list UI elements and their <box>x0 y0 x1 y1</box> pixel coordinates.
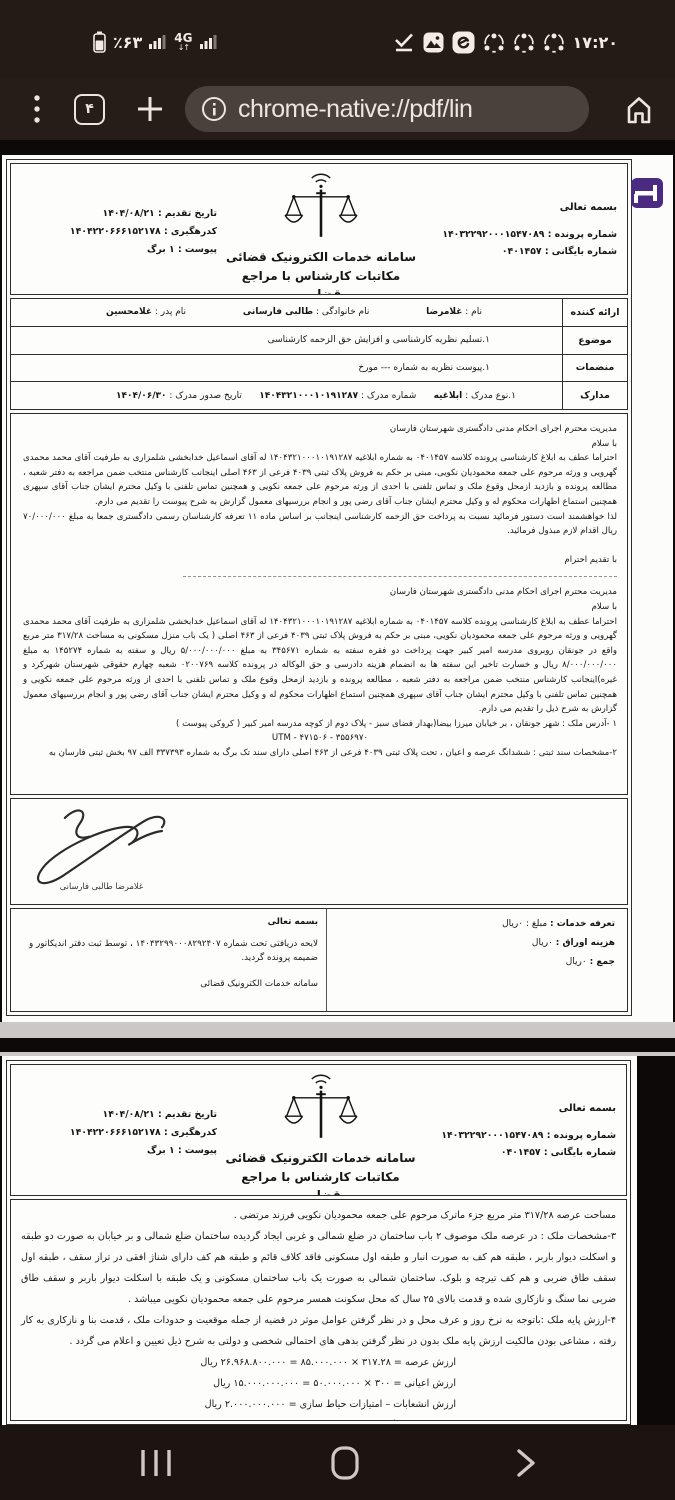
row-label: موضوع <box>562 327 627 354</box>
submit-date: تاریخ تقدیم : ۱۴۰۴/۰۸/۲۱ <box>11 1109 217 1120</box>
fee-line: جمع : ۰ریال <box>327 957 615 967</box>
plus-icon <box>135 94 165 124</box>
letterhead-center: سامانه خدمات الکترونیک قضائی مکاتبات کار… <box>223 164 419 294</box>
letterhead-left: تاریخ تقدیم : ۱۴۰۴/۰۸/۲۱ کدرهگیری : ۱۴۰۴… <box>11 1065 223 1195</box>
valuation-line: ارزش اعیانی = ۳۰۰ × ۵۰.۰۰۰.۰۰۰ = ۱۵.۰۰۰.… <box>21 1373 456 1394</box>
clock: ۱۷:۲۰ <box>573 33 618 52</box>
gallery-icon <box>423 32 444 53</box>
table-row: ارائه کننده نام : غلامرضا نام خانوادگی :… <box>11 299 627 327</box>
registration-column: بسمه تعالی لایحه دریافتی تحت شماره ۱۴۰۴۳… <box>11 909 327 1011</box>
org-name: سامانه خدمات الکترونیک قضائی <box>223 248 419 267</box>
new-tab-button[interactable] <box>135 94 165 124</box>
page-gap-shadow <box>0 1038 675 1052</box>
row-content: ۱.پیوست نظریه به شماره --- مورخ <box>11 363 562 373</box>
eitaa-icon <box>452 31 475 54</box>
row-content: نام : غلامرضا نام خانوادگی : طالبی فارسا… <box>11 307 562 317</box>
justice-scales-logo <box>282 168 360 248</box>
salutation: با سلام <box>23 437 617 452</box>
download-check-icon <box>393 32 415 52</box>
signature-section: غلامرضا طالبی فارسانی <box>10 798 628 905</box>
archive-number: شماره بایگانی : ۰۴۰۱۴۵۷ <box>419 246 617 257</box>
signal-icon <box>200 34 218 50</box>
status-right-cluster: ۱۷:۲۰ <box>393 31 618 54</box>
archive-number: شماره بایگانی : ۰۴۰۱۴۵۷ <box>418 1147 616 1158</box>
justice-scales-logo <box>282 1069 360 1149</box>
report-body: مساحت عرصه ۳۱۷/۲۸ متر مربع جزء ماترک مرح… <box>10 1199 627 1421</box>
case-info-table: ارائه کننده نام : غلامرضا نام خانوادگی :… <box>10 298 628 410</box>
4g-icon: 4G↓↑ <box>174 32 192 52</box>
back-button[interactable] <box>515 1447 537 1479</box>
case-number: شماره پرونده : ۱۴۰۳۲۲۹۲۰۰۰۱۵۴۷۰۸۹ <box>418 1130 616 1141</box>
row-label: مدارک <box>562 382 627 409</box>
share-icon <box>543 32 565 53</box>
signature-block: غلامرضا طالبی فارسانی <box>19 803 184 891</box>
deed-details: ۲-مشخصات سند ثبتی : ششدانگ عرصه و اعیان … <box>23 746 617 761</box>
status-bar: ٪۶۳ 4G↓↑ <box>0 0 675 78</box>
recents-icon <box>138 1448 174 1478</box>
fee-line: تعرفه خدمات : مبلغ : ۰ریال <box>327 919 615 929</box>
home-nav-button[interactable] <box>330 1445 360 1481</box>
report-line: مساحت عرصه ۳۱۷/۲۸ متر مربع جزء ماترک مرح… <box>21 1205 616 1226</box>
home-icon <box>623 93 655 125</box>
submit-date: تاریخ تقدیم : ۱۴۰۴/۰۸/۲۱ <box>11 208 217 219</box>
receipt-note: لایحه دریافتی تحت شماره ۱۴۰۴۳۲۹۹۰۰۰۸۲۹۲۴… <box>21 937 318 965</box>
letterhead: بسمه تعالی شماره پرونده : ۱۴۰۳۲۲۹۲۰۰۰۱۵۴… <box>10 163 628 295</box>
letterhead-center: سامانه خدمات الکترونیک قضائی مکاتبات کار… <box>223 1065 418 1195</box>
letterhead-left: تاریخ تقدیم : ۱۴۰۴/۰۸/۲۱ کدرهگیری : ۱۴۰۴… <box>11 164 223 294</box>
share-icon <box>483 32 505 53</box>
pdf-page-2: بسمه تعالی شماره پرونده : ۱۴۰۳۲۲۹۲۰۰۰۱۵۴… <box>2 1056 637 1425</box>
share-icon <box>513 32 535 53</box>
tab-count: ۴ <box>85 101 94 117</box>
tracking-code: کدرهگیری : ۱۴۰۴۲۲۰۶۶۶۱۵۲۱۷۸ <box>11 226 217 237</box>
home-pill-icon <box>330 1445 360 1481</box>
recents-button[interactable] <box>138 1448 174 1478</box>
attachment-count: پیوست : ۱ برگ <box>11 1145 217 1156</box>
bismillah: بسمه تعالی <box>419 202 617 213</box>
tab-switcher-button[interactable]: ۴ <box>74 94 105 125</box>
letter-paragraph: لذا خواهشمند است دستور فرمائید نسبت به پ… <box>23 510 617 539</box>
page-gap <box>0 1022 675 1038</box>
menu-button[interactable] <box>24 89 50 129</box>
letterhead-right: بسمه تعالی شماره پرونده : ۱۴۰۳۲۲۹۲۰۰۰۱۵۴… <box>418 1065 626 1195</box>
letterhead-right: بسمه تعالی شماره پرونده : ۱۴۰۳۲۲۹۲۰۰۰۱۵۴… <box>419 164 627 294</box>
floating-app-bubble[interactable] <box>631 178 663 208</box>
table-row: منضمات ۱.پیوست نظریه به شماره --- مورخ <box>11 355 627 383</box>
tracking-code: کدرهگیری : ۱۴۰۴۲۲۰۶۶۶۱۵۲۱۷۸ <box>11 1127 217 1138</box>
org-subtitle: مکاتبات کارشناس با مراجع قضایی <box>223 267 419 295</box>
row-content: ۱.تسلیم نظریه کارشناسی و افزایش حق الزحم… <box>11 335 562 345</box>
org-subtitle: مکاتبات کارشناس با مراجع قضایی <box>223 1168 418 1196</box>
bismillah: بسمه تعالی <box>21 915 318 929</box>
salutation: با سلام <box>23 600 617 615</box>
table-row: موضوع ۱.تسلیم نظریه کارشناسی و افزایش حق… <box>11 327 627 355</box>
fees-footer: تعرفه خدمات : مبلغ : ۰ریال هزینه اوراق :… <box>10 908 628 1012</box>
row-label: ارائه کننده <box>562 299 627 326</box>
table-row: مدارک ۱.نوع مدرک : ابلاغیه شماره مدرک : … <box>11 382 627 409</box>
fees-column: تعرفه خدمات : مبلغ : ۰ریال هزینه اوراق :… <box>327 909 627 1011</box>
row-content: ۱.نوع مدرک : ابلاغیه شماره مدرک : ۱۴۰۴۳۲… <box>11 391 562 401</box>
system-name: سامانه خدمات الکترونیک قضائی <box>21 977 318 991</box>
attachment-count: پیوست : ۱ برگ <box>11 244 217 255</box>
section-divider <box>183 576 617 577</box>
report-paragraph: ۳-مشخصات ملک : در عرصه ملک موصوف ۲ باب س… <box>21 1226 616 1310</box>
back-chevron-icon <box>515 1447 537 1479</box>
page-info-icon[interactable] <box>201 96 227 122</box>
bubble-glyph-icon <box>631 178 663 208</box>
status-left-cluster: ٪۶۳ 4G↓↑ <box>93 31 218 53</box>
fee-line: هزینه اوراق : ۰ریال <box>327 938 615 948</box>
utm-coordinates: ۳۵۵۶۹۷۰ - ۴۷۱۵۰۶ - UTM <box>23 731 617 746</box>
bismillah: بسمه تعالی <box>418 1103 616 1114</box>
letterhead: بسمه تعالی شماره پرونده : ۱۴۰۳۲۲۹۲۰۰۰۱۵۴… <box>10 1064 627 1196</box>
android-nav-bar <box>0 1425 675 1500</box>
signal-icon <box>149 34 167 50</box>
letter-paragraph: احتراما عطف به ابلاغ کارشناسی پرونده کلا… <box>23 451 617 509</box>
letter-body: مدیریت محترم اجرای احکام مدنی دادگستری ش… <box>10 413 628 795</box>
valuation-line: ارزش پایه ۶ دانگ ملک = ۴۳.۹۶۸.۸۰۰.۰۰۰ ری… <box>21 1415 456 1421</box>
property-address: ۱ -آدرس ملک : شهر جونقان ، بر خیابان میر… <box>23 717 617 732</box>
letter-paragraph: احتراما عطف به ابلاغ کارشناسی پرونده کلا… <box>23 615 617 717</box>
browser-toolbar: ۴ chrome-native://pdf/lin <box>0 78 675 140</box>
addressee: مدیریت محترم اجرای احکام مدنی دادگستری ش… <box>23 422 617 437</box>
url-text: chrome-native://pdf/lin <box>238 95 472 124</box>
battery-icon <box>93 31 106 53</box>
pdf-viewer[interactable]: بسمه تعالی شماره پرونده : ۱۴۰۳۲۲۹۲۰۰۰۱۵۴… <box>0 140 675 1425</box>
pdf-page-1: بسمه تعالی شماره پرونده : ۱۴۰۳۲۲۹۲۰۰۰۱۵۴… <box>2 155 673 1022</box>
addressee: مدیریت محترم اجرای احکام مدنی دادگستری ش… <box>23 585 617 600</box>
page2-frame: بسمه تعالی شماره پرونده : ۱۴۰۳۲۲۹۲۰۰۰۱۵۴… <box>6 1060 631 1425</box>
valuation-line: ارزش انشعابات – امتیازات حیاط سازی = ۲.۰… <box>21 1394 456 1415</box>
closing: با تقدیم احترام <box>23 553 617 568</box>
valuation-line: ارزش عرصه = ۳۱۷.۲۸ × ۸۵.۰۰۰.۰۰۰ = ۲۶.۹۶۸… <box>21 1352 456 1373</box>
case-number: شماره پرونده : ۱۴۰۳۲۲۹۲۰۰۰۱۵۴۷۰۸۹ <box>419 229 617 240</box>
url-bar[interactable]: chrome-native://pdf/lin <box>185 86 589 132</box>
handwritten-signature <box>26 803 184 887</box>
home-button[interactable] <box>623 93 655 125</box>
row-label: منضمات <box>562 355 627 382</box>
org-name: سامانه خدمات الکترونیک قضائی <box>223 1149 418 1168</box>
kebab-menu-icon <box>34 95 40 123</box>
page1-frame: بسمه تعالی شماره پرونده : ۱۴۰۳۲۲۹۲۰۰۰۱۵۴… <box>6 159 632 1016</box>
report-paragraph: ۴-ارزش پایه ملک :باتوجه به نرخ روز و عرف… <box>21 1310 616 1352</box>
battery-percent: ٪۶۳ <box>113 33 142 52</box>
